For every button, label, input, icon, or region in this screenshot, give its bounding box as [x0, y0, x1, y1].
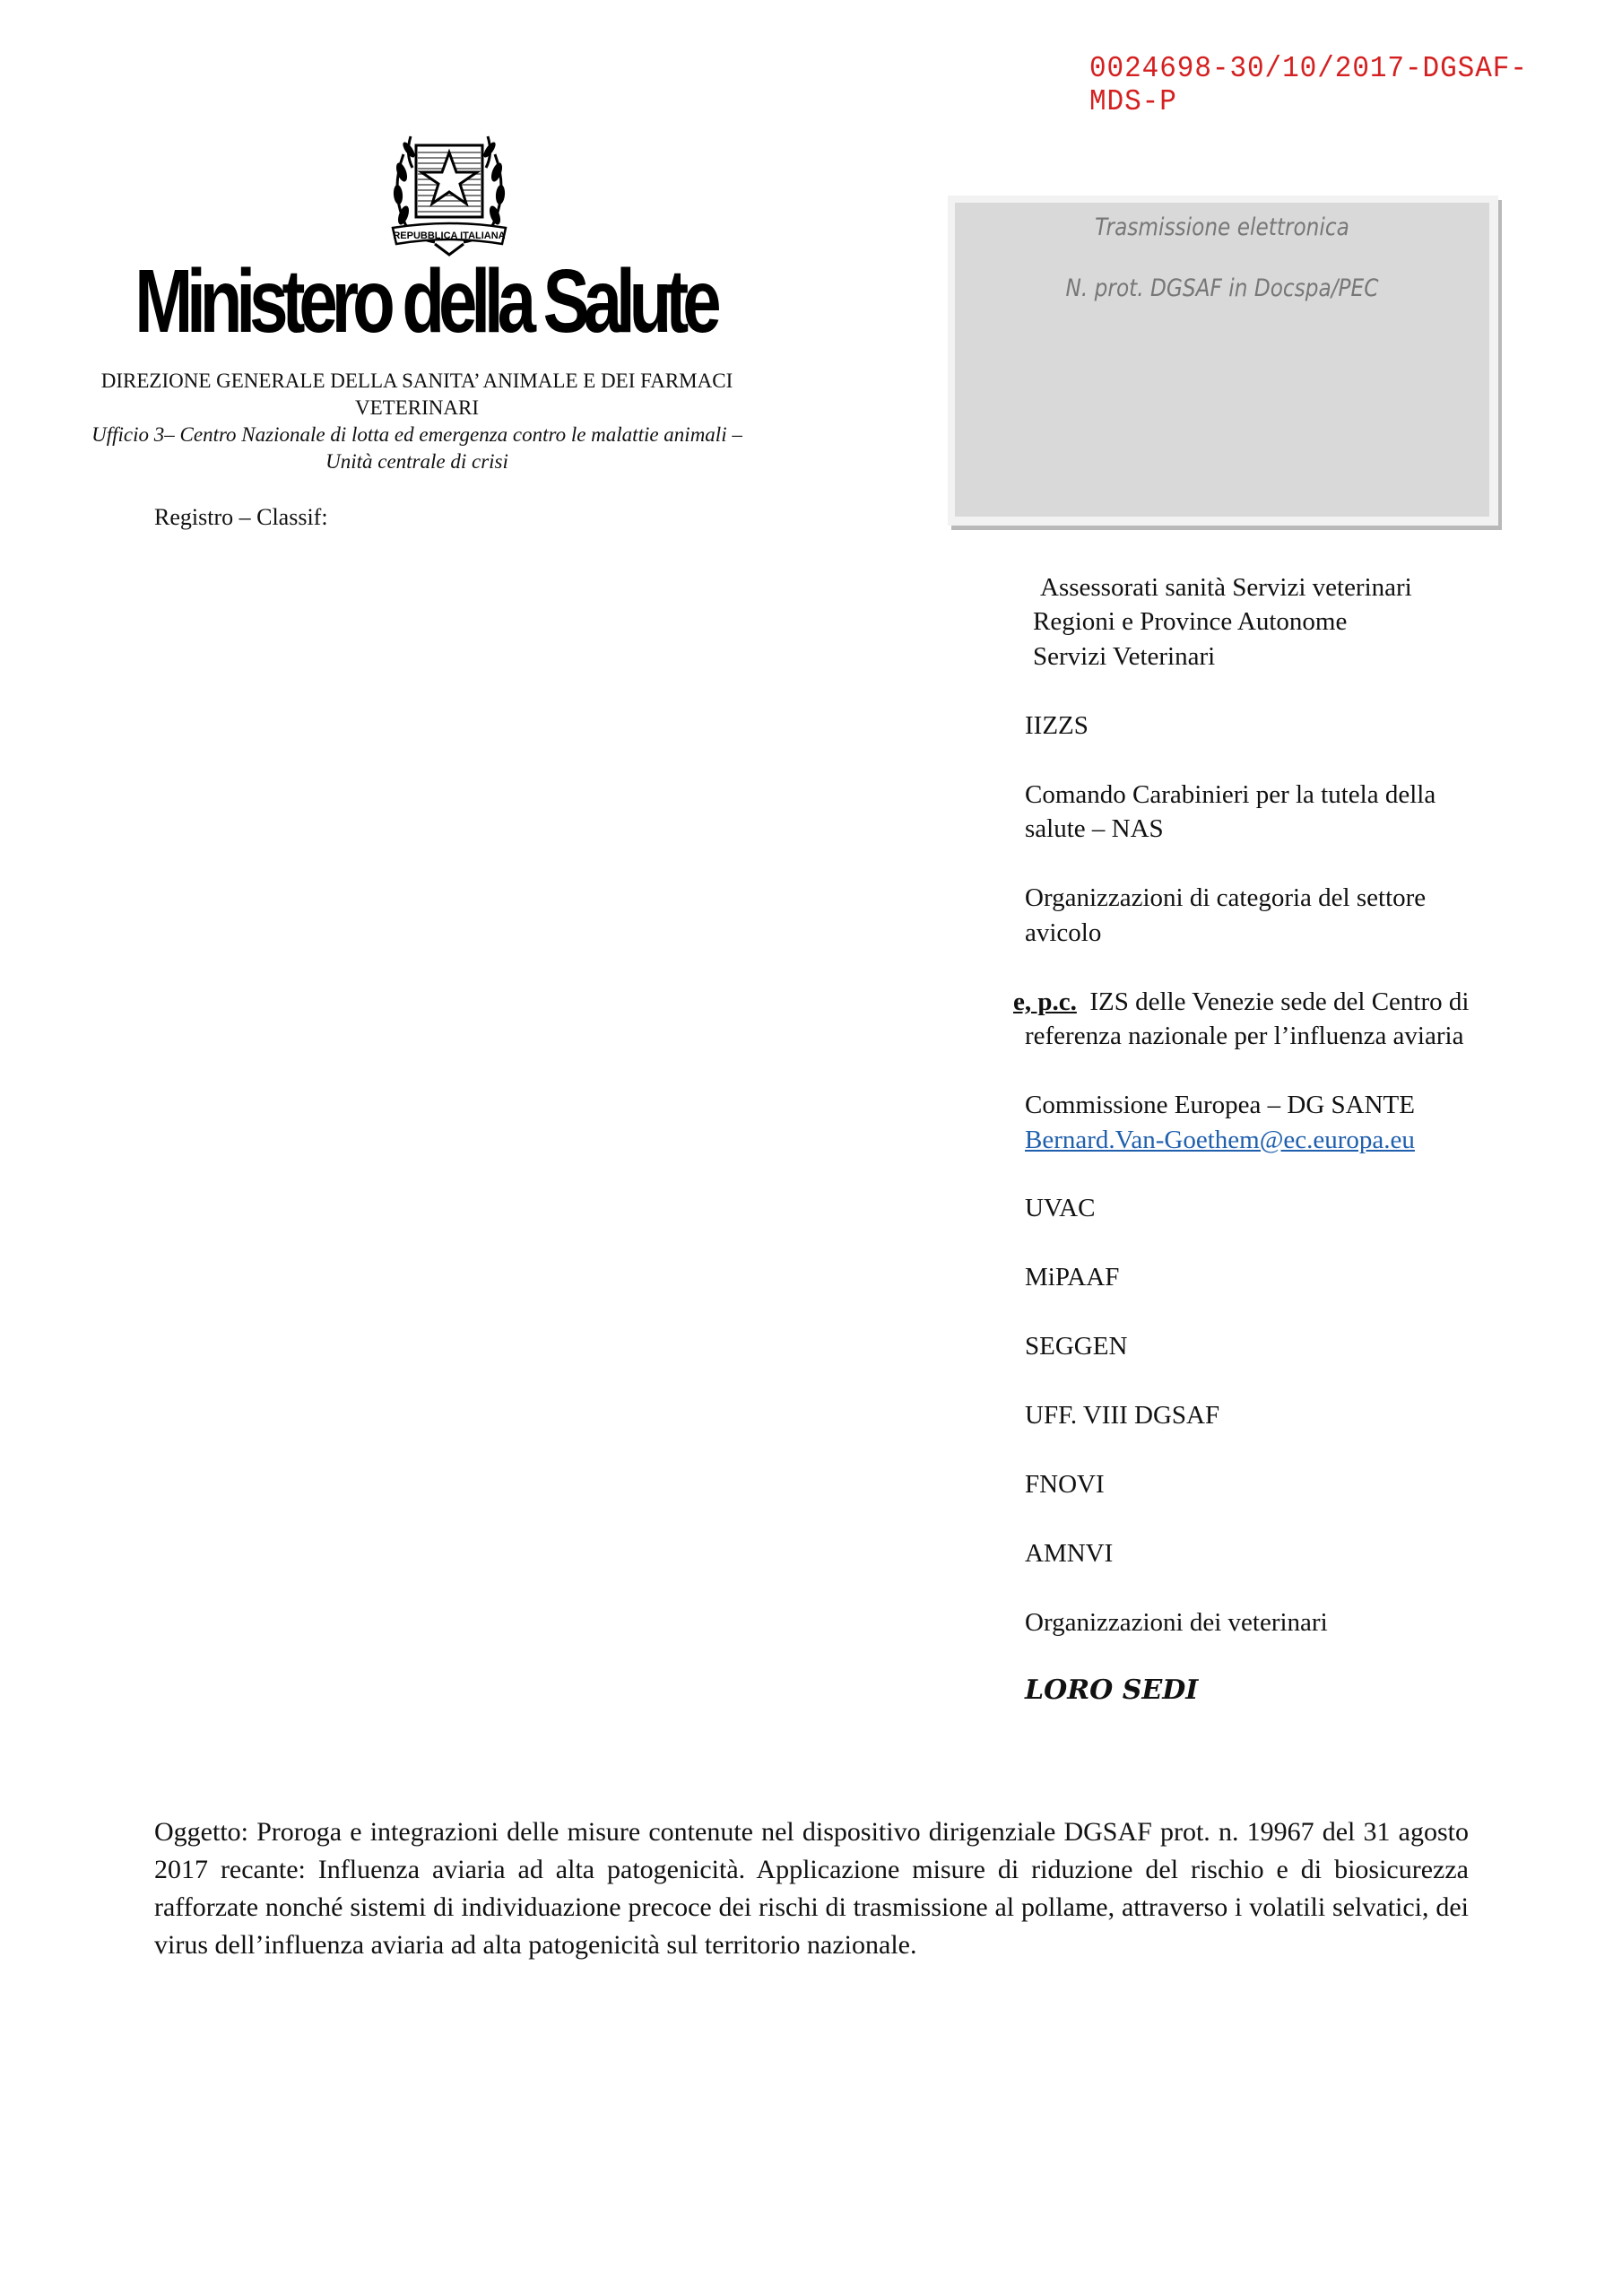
italian-republic-emblem-icon: REPUBBLICA ITALIANA [386, 118, 513, 257]
recipient-commissione: Commissione Europea – DG SANTE [1025, 1088, 1415, 1123]
izs-venezie-text: IZS delle Venezie sede del Centro di [1089, 987, 1469, 1016]
transmission-line-2: N. prot. DGSAF in Docspa/PEC [993, 274, 1453, 302]
recipient-mipaaf: MiPAAF [1025, 1260, 1119, 1295]
registro-classif: Registro – Classif: [154, 504, 328, 531]
recipient-seggen: SEGGEN [1025, 1329, 1127, 1364]
recipient-assessorati: Assessorati sanità Servizi veterinari [1040, 570, 1412, 605]
recipient-org-avicolo-line-1: Organizzazioni di categoria del settore [1025, 881, 1426, 916]
ministry-title: Ministero della Salute [134, 257, 708, 346]
recipient-izs-venezie-line-2: referenza nazionale per l’influenza avia… [1025, 1019, 1463, 1054]
recipient-org-veterinari: Organizzazioni dei veterinari [1025, 1605, 1328, 1640]
recipient-carabinieri-line-1: Comando Carabinieri per la tutela della [1025, 778, 1436, 813]
protocol-stamp: 0024698-30/10/2017-DGSAF-MDS-P [1089, 52, 1590, 118]
recipient-carabinieri-line-2: salute – NAS [1025, 812, 1164, 847]
office-line-2: Unità centrale di crisi [72, 448, 762, 475]
svg-text:REPUBBLICA ITALIANA: REPUBBLICA ITALIANA [393, 230, 505, 241]
recipient-servizi: Servizi Veterinari [1033, 639, 1215, 674]
recipient-loro-sedi: LORO SEDI [1025, 1674, 1198, 1709]
recipient-regioni: Regioni e Province Autonome [1033, 604, 1347, 639]
transmission-box: Trasmissione elettronica N. prot. DGSAF … [948, 196, 1498, 526]
subject-paragraph: Oggetto: Proroga e integrazioni delle mi… [154, 1813, 1469, 1964]
recipient-iizzs: IIZZS [1025, 709, 1089, 744]
recipient-amnvi: AMNVI [1025, 1536, 1113, 1571]
recipient-uvac: UVAC [1025, 1191, 1095, 1226]
email-link[interactable]: Bernard.Van-Goethem@ec.europa.eu [1025, 1126, 1415, 1154]
recipient-org-avicolo-line-2: avicolo [1025, 916, 1101, 951]
recipient-fnovi: FNOVI [1025, 1467, 1105, 1502]
department-line-2: VETERINARI [72, 395, 762, 422]
epc-label: e, p.c. [1013, 987, 1077, 1016]
transmission-line-1: Trasmissione elettronica [993, 213, 1453, 241]
recipient-uff-viii: UFF. VIII DGSAF [1025, 1398, 1219, 1433]
office-line-1: Ufficio 3– Centro Nazionale di lotta ed … [72, 422, 762, 448]
recipient-commissione-email[interactable]: Bernard.Van-Goethem@ec.europa.eu [1025, 1123, 1415, 1158]
department-line-1: DIREZIONE GENERALE DELLA SANITA’ ANIMALE… [72, 368, 762, 395]
recipient-izs-venezie-line-1: e, p.c. IZS delle Venezie sede del Centr… [1013, 985, 1469, 1020]
department-header: DIREZIONE GENERALE DELLA SANITA’ ANIMALE… [72, 368, 762, 475]
